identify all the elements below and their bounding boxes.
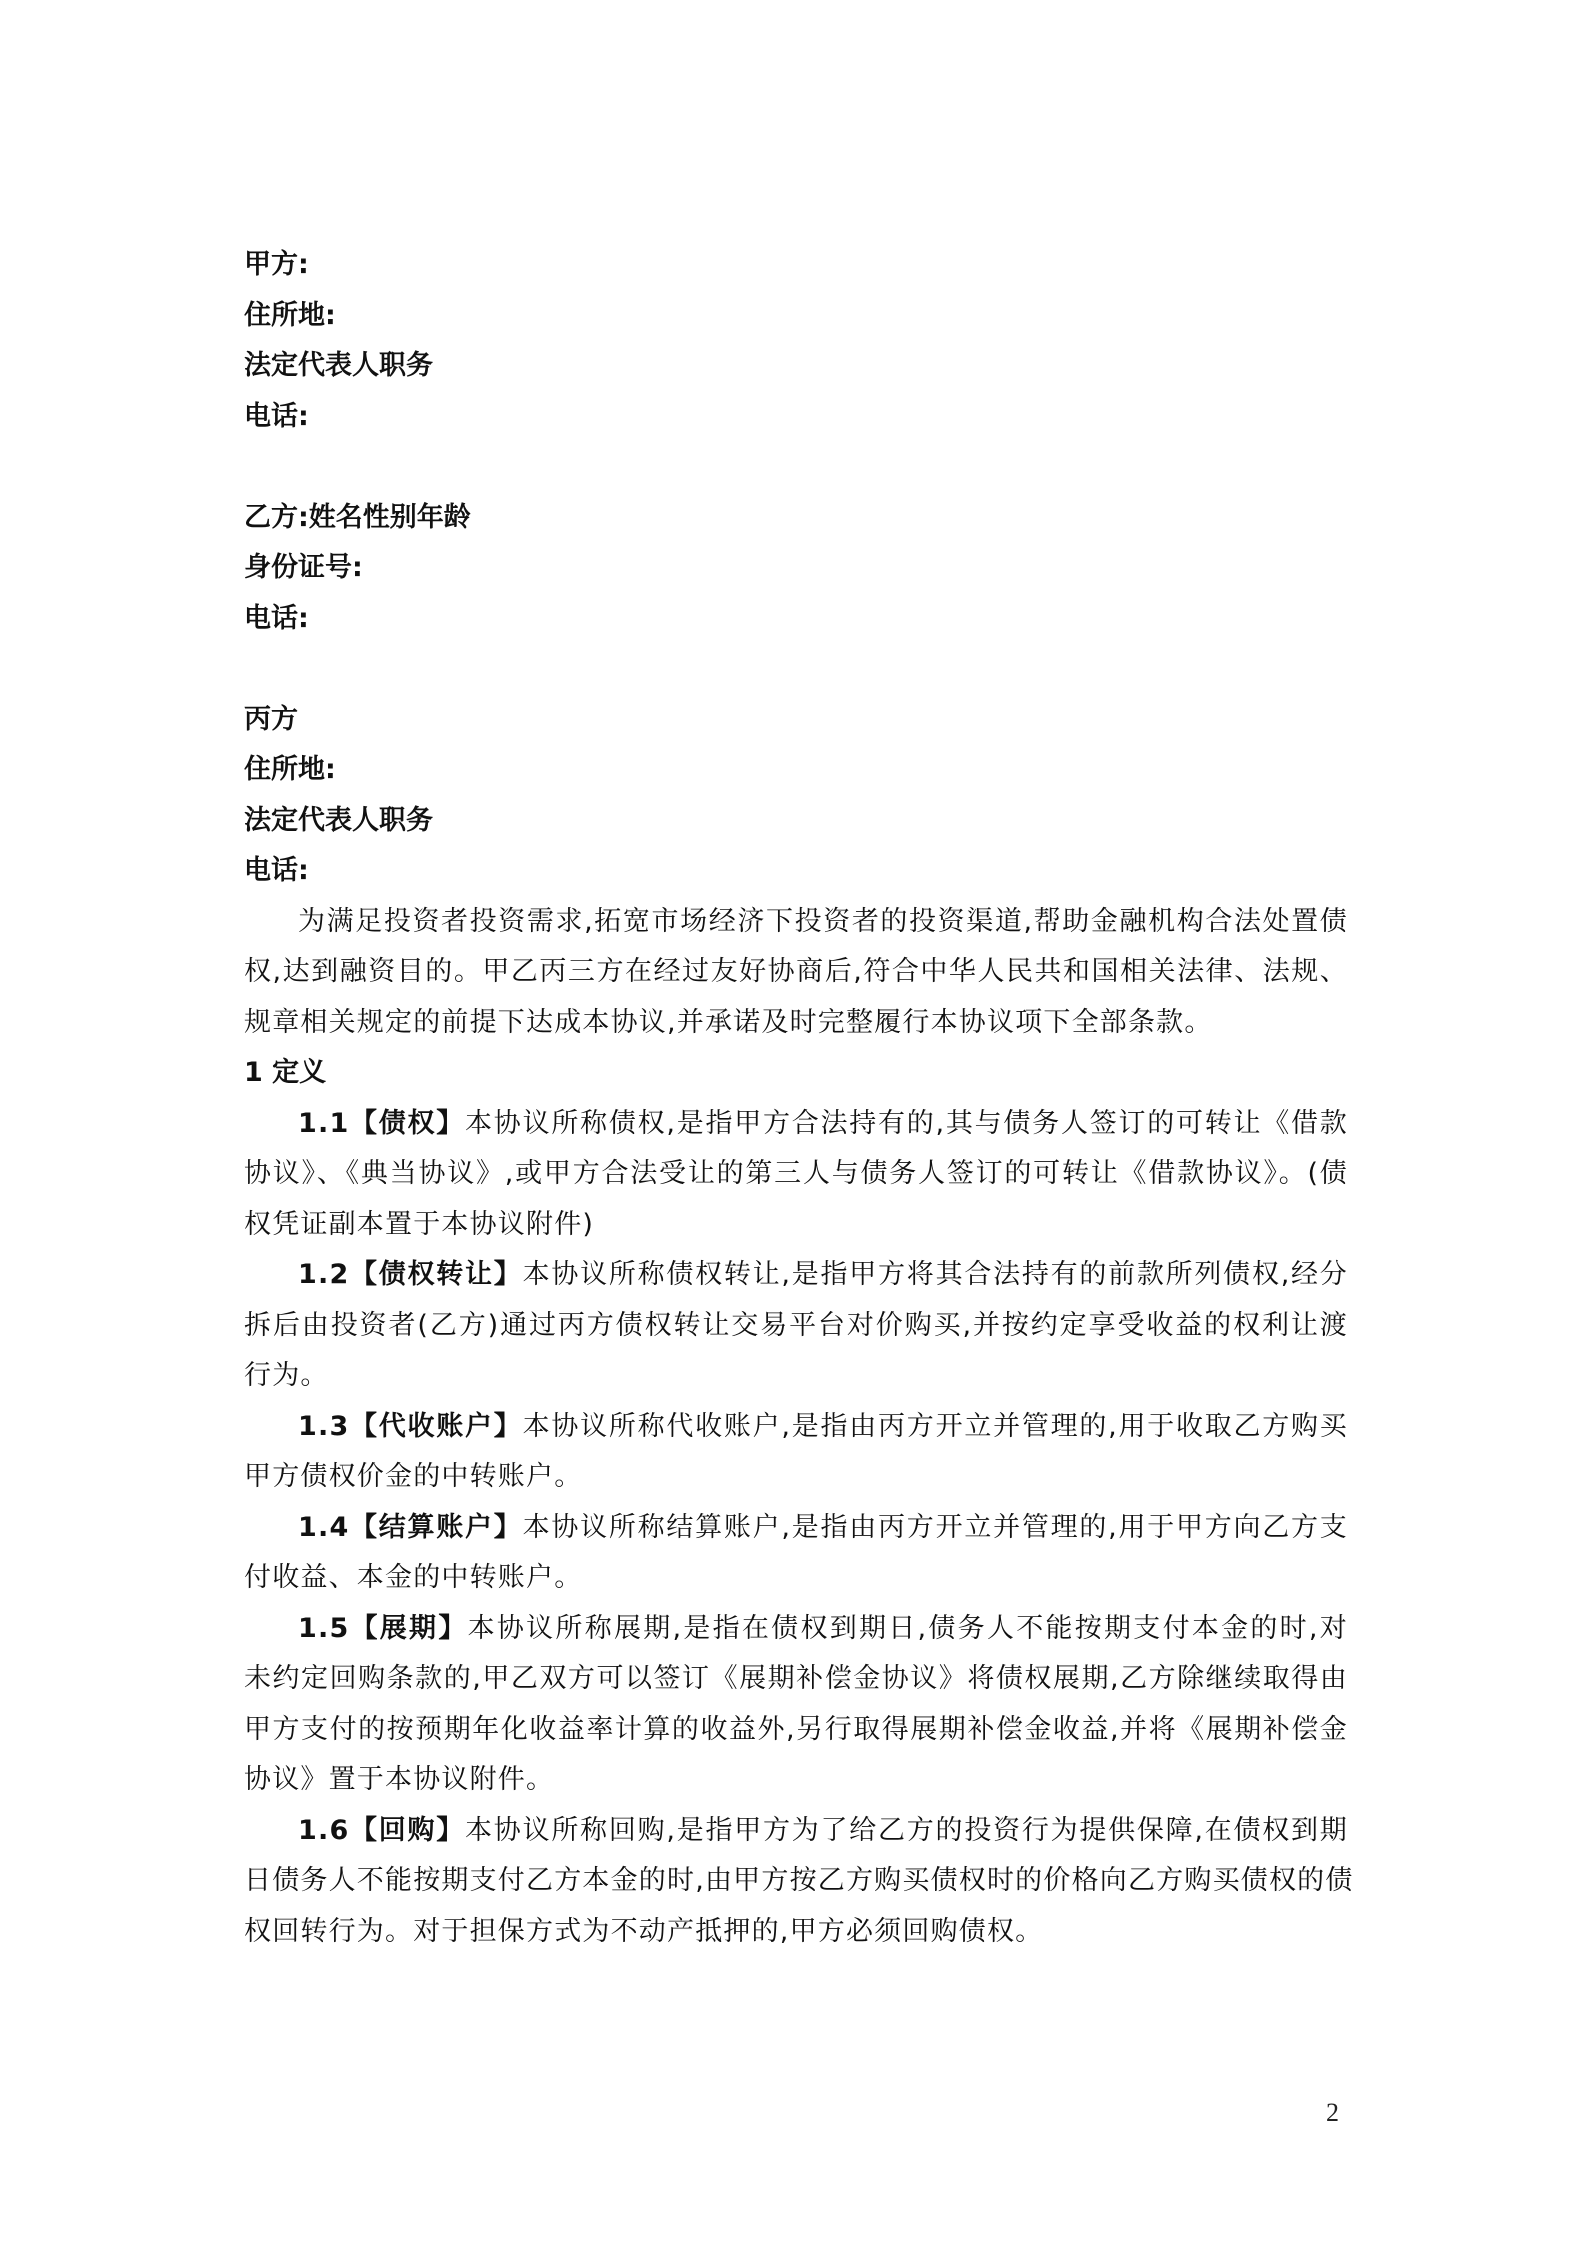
document-page: 甲方: 住所地: 法定代表人职务 电话: 乙方:姓名性别年龄 身份证号: 电话:… [0,0,1586,2244]
clause-line: 未约定回购条款的,甲乙双方可以签订《展期补偿金协议》将债权展期,乙方除继续取得由 [244,1654,1348,1705]
clause-line: 甲方债权价金的中转账户。 [244,1452,1348,1503]
clause-number: 1.2 [298,1259,349,1290]
clause-1-4: 1.4【结算账户】本协议所称结算账户,是指由丙方开立并管理的,用于甲方向乙方支 … [244,1503,1348,1604]
party-b-id-label: 身份证号: [244,543,1348,594]
party-b-label: 乙方:姓名性别年龄 [244,493,1348,544]
preamble-line: 权,达到融资目的。甲乙丙三方在经过友好协商后,符合中华人民共和国相关法律、法规、 [244,947,1348,998]
party-c-label: 丙方 [244,695,1348,746]
clause-line: 权凭证副本置于本协议附件) [244,1200,1348,1251]
party-c-phone-label: 电话: [244,846,1348,897]
clause-text: 本协议所称债权转让,是指甲方将其合法持有的前款所列债权,经分 [523,1259,1348,1290]
clause-line: 1.5【展期】本协议所称展期,是指在债权到期日,债务人不能按期支付本金的时,对 [244,1604,1348,1655]
clause-number: 1.6 [298,1815,349,1846]
party-a-address-label: 住所地: [244,291,1348,342]
clause-line: 1.3【代收账户】本协议所称代收账户,是指由丙方开立并管理的,用于收取乙方购买 [244,1402,1348,1453]
clause-text: 本协议所称展期,是指在债权到期日,债务人不能按期支付本金的时,对 [468,1613,1348,1644]
clause-line: 日债务人不能按期支付乙方本金的时,由甲方按乙方购买债权时的价格向乙方购买债权的债 [244,1856,1348,1907]
clause-number: 1.4 [298,1512,349,1543]
clause-number: 1.1 [298,1108,349,1139]
clause-number: 1.5 [298,1613,349,1644]
clause-text: 本协议所称回购,是指甲方为了给乙方的投资行为提供保障,在债权到期 [465,1815,1348,1846]
clause-1-1: 1.1【债权】本协议所称债权,是指甲方合法持有的,其与债务人签订的可转让《借款 … [244,1099,1348,1251]
party-a-block: 甲方: 住所地: 法定代表人职务 电话: [244,240,1348,442]
clause-number: 1.3 [298,1411,349,1442]
clause-term: 【展期】 [349,1613,467,1644]
clause-1-6: 1.6【回购】本协议所称回购,是指甲方为了给乙方的投资行为提供保障,在债权到期 … [244,1806,1348,1958]
clause-line: 1.1【债权】本协议所称债权,是指甲方合法持有的,其与债务人签订的可转让《借款 [244,1099,1348,1150]
clause-1-2: 1.2【债权转让】本协议所称债权转让,是指甲方将其合法持有的前款所列债权,经分 … [244,1250,1348,1402]
party-b-block: 乙方:姓名性别年龄 身份证号: 电话: [244,493,1348,645]
clause-term: 【债权转让】 [349,1259,522,1290]
preamble-paragraph: 为满足投资者投资需求,拓宽市场经济下投资者的投资渠道,帮助金融机构合法处置债 权… [244,897,1348,1049]
clause-line: 甲方支付的按预期年化收益率计算的收益外,另行取得展期补偿金收益,并将《展期补偿金 [244,1705,1348,1756]
clause-text: 本协议所称结算账户,是指由丙方开立并管理的,用于甲方向乙方支 [523,1512,1348,1543]
clause-line: 1.6【回购】本协议所称回购,是指甲方为了给乙方的投资行为提供保障,在债权到期 [244,1806,1348,1857]
party-a-label: 甲方: [244,240,1348,291]
clause-1-3: 1.3【代收账户】本协议所称代收账户,是指由丙方开立并管理的,用于收取乙方购买 … [244,1402,1348,1503]
clause-1-5: 1.5【展期】本协议所称展期,是指在债权到期日,债务人不能按期支付本金的时,对 … [244,1604,1348,1806]
clause-term: 【债权】 [349,1108,465,1139]
spacer [244,644,1348,695]
party-c-block: 丙方 住所地: 法定代表人职务 电话: [244,695,1348,897]
party-b-phone-label: 电话: [244,594,1348,645]
clause-text: 本协议所称代收账户,是指由丙方开立并管理的,用于收取乙方购买 [523,1411,1348,1442]
clause-text: 本协议所称债权,是指甲方合法持有的,其与债务人签订的可转让《借款 [465,1108,1348,1139]
section-heading: 1 定义 [244,1048,1348,1099]
clause-line: 付收益、本金的中转账户。 [244,1553,1348,1604]
clause-line: 1.4【结算账户】本协议所称结算账户,是指由丙方开立并管理的,用于甲方向乙方支 [244,1503,1348,1554]
document-body: 甲方: 住所地: 法定代表人职务 电话: 乙方:姓名性别年龄 身份证号: 电话:… [244,240,1348,1957]
clause-term: 【代收账户】 [349,1411,522,1442]
clause-line: 拆后由投资者(乙方)通过丙方债权转让交易平台对价购买,并按约定享受收益的权利让渡 [244,1301,1348,1352]
party-c-address-label: 住所地: [244,745,1348,796]
party-a-phone-label: 电话: [244,392,1348,443]
preamble-line: 为满足投资者投资需求,拓宽市场经济下投资者的投资渠道,帮助金融机构合法处置债 [244,897,1348,948]
party-a-representative-label: 法定代表人职务 [244,341,1348,392]
clause-line: 协议》、《典当协议》,或甲方合法受让的第三人与债务人签订的可转让《借款协议》。(… [244,1149,1348,1200]
page-number: 2 [1326,2098,1339,2128]
preamble-line: 规章相关规定的前提下达成本协议,并承诺及时完整履行本协议项下全部条款。 [244,998,1348,1049]
clause-line: 权回转行为。对于担保方式为不动产抵押的,甲方必须回购债权。 [244,1907,1348,1958]
spacer [244,442,1348,493]
clause-line: 1.2【债权转让】本协议所称债权转让,是指甲方将其合法持有的前款所列债权,经分 [244,1250,1348,1301]
clause-line: 协议》置于本协议附件。 [244,1755,1348,1806]
clause-line: 行为。 [244,1351,1348,1402]
clause-term: 【结算账户】 [349,1512,522,1543]
party-c-representative-label: 法定代表人职务 [244,796,1348,847]
clause-term: 【回购】 [349,1815,465,1846]
